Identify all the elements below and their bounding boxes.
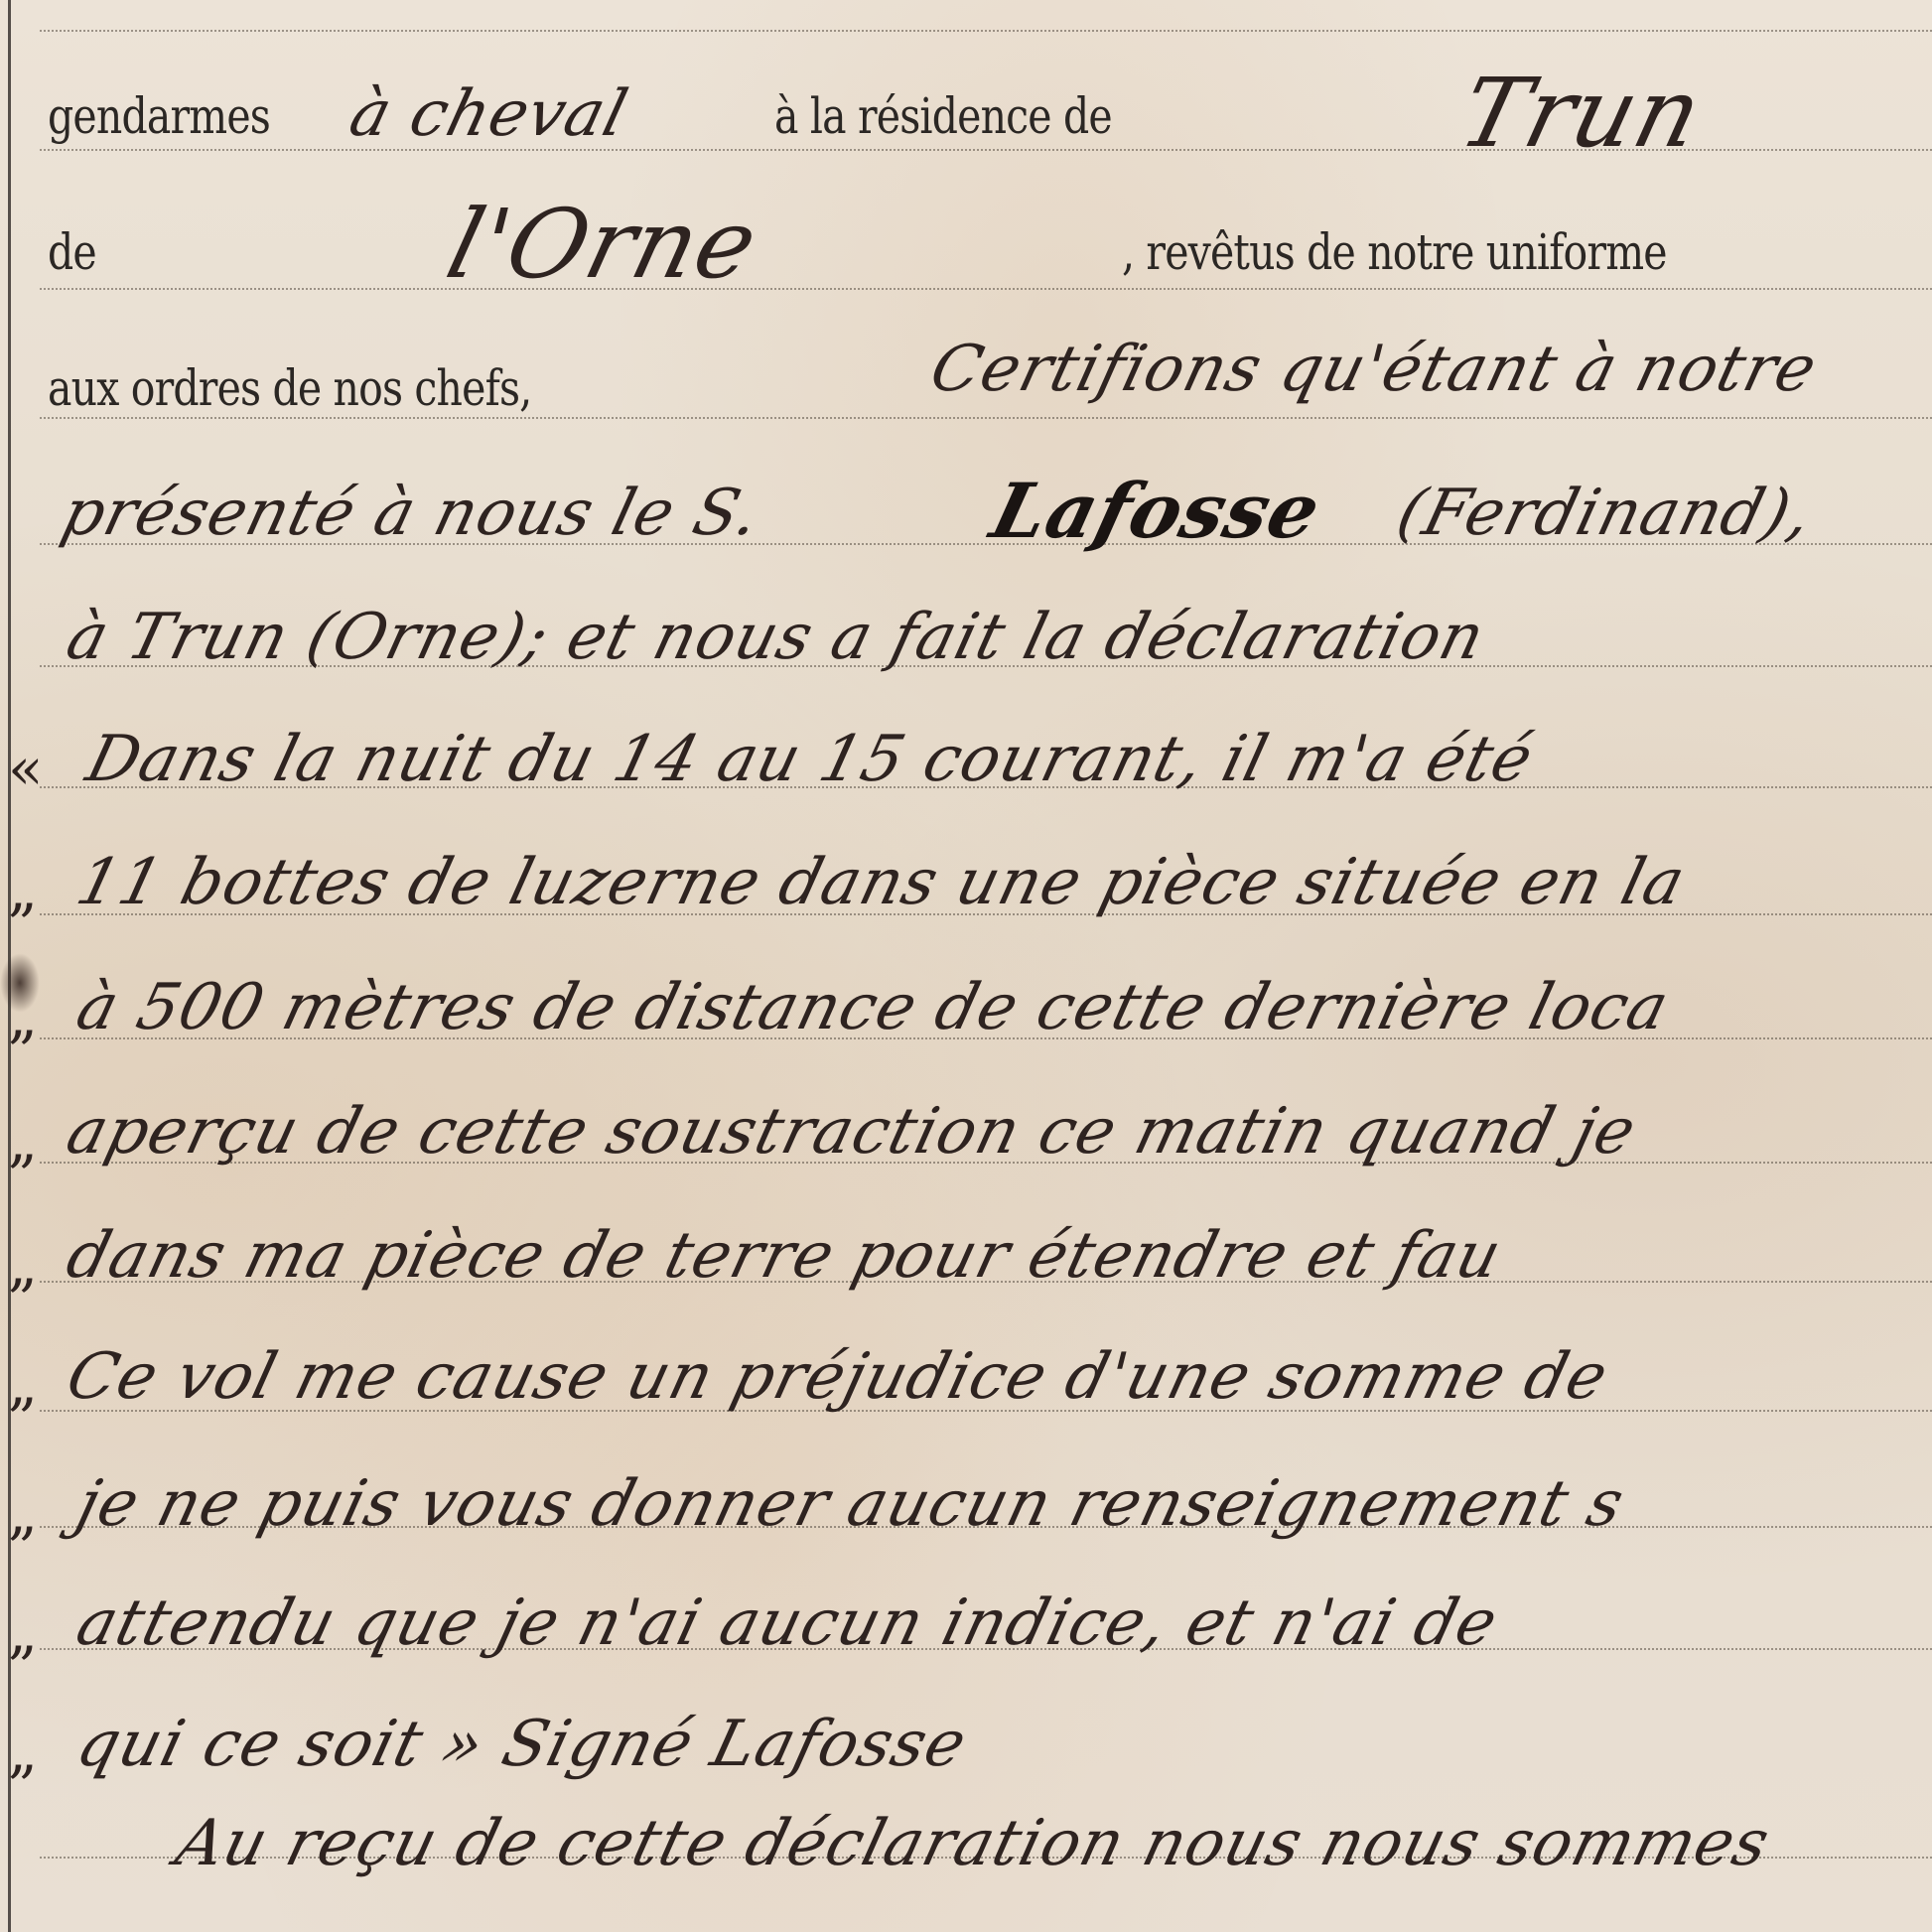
- handwritten-text: à cheval: [343, 77, 635, 151]
- handwritten-text: qui ce soit » Signé Lafosse: [69, 1708, 974, 1781]
- printed-text: aux ordres de nos chefs,: [48, 359, 531, 417]
- handwritten-text: Dans la nuit du 14 au 15 courant, il m'a…: [79, 723, 1541, 796]
- quote-mark: „: [8, 1598, 38, 1666]
- handwritten-text: à Trun (Orne); et nous a fait la déclara…: [60, 601, 1492, 674]
- ruled-line: [40, 30, 1932, 32]
- quote-mark: „: [8, 1231, 38, 1299]
- document-page: gendarmes à cheval à la résidence de Tru…: [0, 0, 1932, 1932]
- printed-text: , revêtus de notre uniforme: [1122, 223, 1667, 281]
- printed-text: de: [48, 223, 96, 281]
- handwritten-first-name: (Ferdinand),: [1390, 477, 1820, 550]
- handwritten-place-name: Trun: [1449, 58, 1714, 169]
- ruled-line: [40, 288, 1932, 290]
- printed-text: à la résidence de: [774, 87, 1112, 145]
- quote-mark: „: [8, 1479, 38, 1547]
- ruled-line: [40, 417, 1932, 419]
- handwritten-text: présenté à nous le S.: [55, 477, 767, 550]
- printed-text: gendarmes: [48, 87, 270, 145]
- handwritten-text: Certifions qu'étant à notre: [923, 333, 1824, 406]
- handwritten-text: 11 bottes de luzerne dans une pièce situ…: [69, 846, 1693, 919]
- handwritten-text: dans ma pièce de terre pour étendre et f…: [60, 1219, 1509, 1293]
- handwritten-text: Ce vol me cause un préjudice d'une somme…: [60, 1340, 1615, 1414]
- handwritten-text: aperçu de cette soustraction ce matin qu…: [60, 1095, 1643, 1169]
- handwritten-text: attendu que je n'ai aucun indice, et n'a…: [69, 1587, 1505, 1660]
- quote-mark: „: [8, 1350, 38, 1418]
- quote-mark: «: [8, 735, 44, 802]
- handwritten-text: Au reçu de cette déclaration nous nous s…: [169, 1807, 1777, 1880]
- handwritten-text: à 500 mètres de distance de cette derniè…: [69, 971, 1676, 1044]
- quote-mark: „: [8, 1718, 38, 1785]
- quote-mark: „: [8, 856, 38, 923]
- handwritten-text: je ne puis vous donner aucun renseigneme…: [69, 1467, 1631, 1541]
- quote-mark: „: [8, 1107, 38, 1174]
- quote-mark: „: [8, 983, 38, 1050]
- handwritten-department: l'Orne: [437, 189, 768, 300]
- handwritten-surname: Lafosse: [983, 467, 1329, 555]
